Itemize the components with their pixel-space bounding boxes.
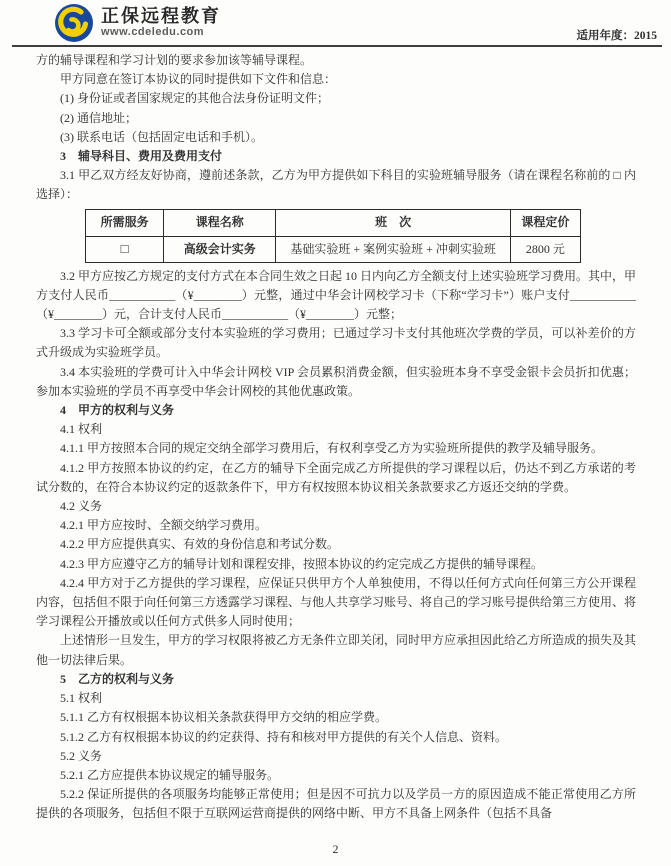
checkbox-icon[interactable]: □ xyxy=(121,241,129,256)
section-heading-5: 5 乙方的权利与义务 xyxy=(36,670,636,689)
clause-4-2-3: 4.2.3 甲方应遵守乙方的辅导计划和课程安排，按照本协议的约定完成乙方提供的辅… xyxy=(36,555,636,574)
contract-page: 正保远程教育 www.cdeledu.com 适用年度：2015 方的辅导课程和… xyxy=(0,0,671,866)
swirl-globe-icon xyxy=(54,3,94,43)
course-name-cell: 高级会计实务 xyxy=(164,236,276,262)
clause-5-2: 5.2 义务 xyxy=(36,747,636,766)
brand-text: 正保远程教育 www.cdeledu.com xyxy=(101,3,221,39)
col-header-service: 所需服务 xyxy=(86,209,164,236)
service-checkbox-cell[interactable]: □ xyxy=(86,236,164,262)
brand-logo: 正保远程教育 www.cdeledu.com xyxy=(54,3,221,43)
section-heading-3: 3 辅导科目、费用及费用支付 xyxy=(36,147,636,166)
clause-4-2-2: 4.2.2 甲方应提供真实、有效的身份信息和考试分数。 xyxy=(36,535,636,554)
clause-3-1: 3.1 甲乙双方经友好协商，遵前述条款，乙方为甲方提供如下科目的实验班辅导服务（… xyxy=(36,166,636,204)
clause-5-1-1: 5.1.1 乙方有权根据本协议相关条款获得甲方交纳的相应学费。 xyxy=(36,708,636,727)
page-header: 正保远程教育 www.cdeledu.com 适用年度：2015 xyxy=(0,0,671,47)
clause-5-2-1: 5.2.1 乙方应提供本协议规定的辅导服务。 xyxy=(36,766,636,785)
list-item-2: (2) 通信地址； xyxy=(36,109,636,128)
col-header-class: 班 次 xyxy=(276,209,510,236)
table-row: □ 高级会计实务 基础实验班 + 案例实验班 + 冲刺实验班 2800 元 xyxy=(86,236,581,262)
applicable-year-label: 适用年度：2015 xyxy=(577,27,658,43)
clause-4-2: 4.2 义务 xyxy=(36,497,636,516)
course-table: 所需服务 课程名称 班 次 课程定价 □ 高级会计实务 基础实验班 + 案例实验… xyxy=(85,209,581,263)
clause-5-1: 5.1 权利 xyxy=(36,689,636,708)
clause-3-4: 3.4 本实验班的学费可计入中华会计网校 VIP 会员累积消费金额，但实验班本身… xyxy=(36,363,636,401)
clause-4-1: 4.1 权利 xyxy=(36,420,636,439)
col-header-course: 课程名称 xyxy=(164,209,276,236)
clause-3-2: 3.2 甲方应按乙方规定的支付方式在本合同生效之日起 10 日内向乙方全额支付上… xyxy=(36,267,636,325)
clause-5-2-2: 5.2.2 保证所提供的各项服务均能够正常使用；但是因不可抗力以及学员一方的原因… xyxy=(36,785,636,823)
paragraph: 甲方同意在签订本协议的同时提供如下文件和信息： xyxy=(36,70,636,89)
col-header-price: 课程定价 xyxy=(510,209,580,236)
list-item-1: (1) 身份证或者国家规定的其他合法身份证明文件； xyxy=(36,89,636,108)
clause-4-1-1: 4.1.1 甲方按照本合同的规定交纳全部学习费用后，有权利享受乙方为实验班所提供… xyxy=(36,439,636,458)
page-number: 2 xyxy=(0,842,671,857)
section-heading-4: 4 甲方的权利与义务 xyxy=(36,401,636,420)
list-item-3: (3) 联系电话（包括固定电话和手机）。 xyxy=(36,128,636,147)
paragraph-continuation: 方的辅导课程和学习计划的要求参加该等辅导课程。 xyxy=(36,51,636,70)
class-list-cell: 基础实验班 + 案例实验班 + 冲刺实验班 xyxy=(276,236,510,262)
clause-4-1-2: 4.1.2 甲方按照本协议的约定，在乙方的辅导下全面完成乙方所提供的学习课程以后… xyxy=(36,459,636,497)
clause-4-2-4: 4.2.4 甲方对于乙方提供的学习课程，应保证只供甲方个人单独使用，不得以任何方… xyxy=(36,574,636,632)
brand-url: www.cdeledu.com xyxy=(101,26,221,39)
contract-body: 方的辅导课程和学习计划的要求参加该等辅导课程。 甲方同意在签订本协议的同时提供如… xyxy=(36,51,636,824)
clause-5-1-2: 5.1.2 乙方有权根据本协议的约定获得、持有和核对甲方提供的有关个人信息、资料… xyxy=(36,728,636,747)
clause-4-2-1: 4.2.1 甲方应按时、全额交纳学习费用。 xyxy=(36,516,636,535)
clause-3-3: 3.3 学习卡可全额或部分支付本实验班的学习费用；已通过学习卡支付其他班次学费的… xyxy=(36,324,636,362)
header-divider xyxy=(12,45,662,47)
clause-4-2-4-continued: 上述情形一旦发生，甲方的学习权限将被乙方无条件立即关闭，同时甲方应承担因此给乙方… xyxy=(36,631,636,669)
price-cell: 2800 元 xyxy=(510,236,580,262)
brand-name: 正保远程教育 xyxy=(101,6,221,26)
table-header-row: 所需服务 课程名称 班 次 课程定价 xyxy=(86,209,581,236)
